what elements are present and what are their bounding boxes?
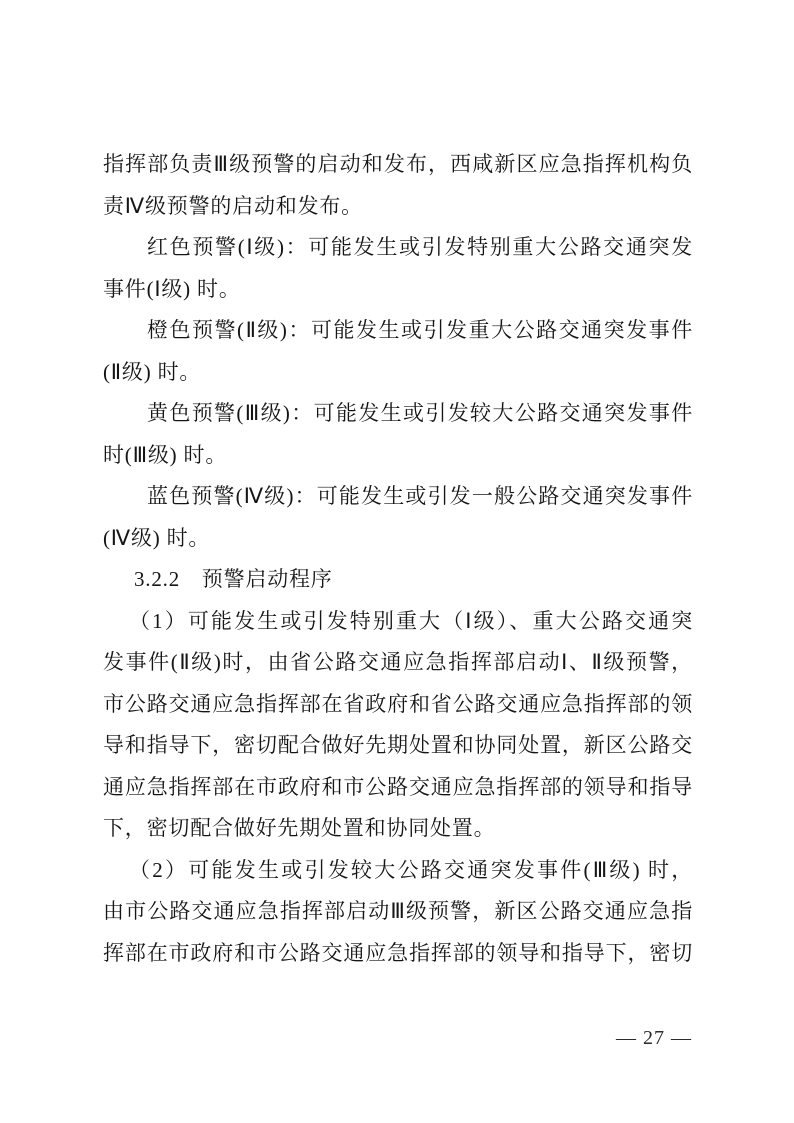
document-page: 指挥部负责Ⅲ级预警的启动和发布，西咸新区应急指挥机构负责Ⅳ级预警的启动和发布。红… [0, 0, 794, 1123]
text-line-15: 导和指导下，密切配合做好先期处置和协同处置，新区公路交 [103, 725, 693, 767]
text-line-19: 由市公路交通应急指挥部启动Ⅲ级预警，新区公路交通应急指 [103, 891, 693, 933]
text-line-11: 3.2.2 预警启动程序 [103, 559, 693, 601]
text-line-8: 时(Ⅲ级) 时。 [103, 435, 693, 477]
text-line-9: 蓝色预警(Ⅳ级)：可能发生或引发一般公路交通突发事件 [103, 476, 693, 518]
text-line-12: （1）可能发生或引发特别重大（Ⅰ级）、重大公路交通突 [103, 601, 693, 643]
text-line-16: 通应急指挥部在市政府和市公路交通应急指挥部的领导和指导 [103, 767, 693, 809]
text-line-18: （2）可能发生或引发较大公路交通突发事件(Ⅲ级) 时， [103, 850, 693, 892]
text-line-14: 市公路交通应急指挥部在省政府和省公路交通应急指挥部的领 [103, 684, 693, 726]
text-line-7: 黄色预警(Ⅲ级)：可能发生或引发较大公路交通突发事件 [103, 393, 693, 435]
text-line-20: 挥部在市政府和市公路交通应急指挥部的领导和指导下，密切 [103, 933, 693, 975]
page-footer: — 27 — [616, 1026, 692, 1050]
page-number: — 27 — [616, 1027, 692, 1049]
text-line-6: (Ⅱ级) 时。 [103, 352, 693, 394]
text-line-13: 发事件(Ⅱ级)时，由省公路交通应急指挥部启动Ⅰ、Ⅱ级预警， [103, 642, 693, 684]
text-line-3: 红色预警(Ⅰ级)：可能发生或引发特别重大公路交通突发 [103, 227, 693, 269]
text-line-1: 指挥部负责Ⅲ级预警的启动和发布，西咸新区应急指挥机构负 [103, 144, 693, 186]
text-line-10: (Ⅳ级) 时。 [103, 518, 693, 560]
text-line-5: 橙色预警(Ⅱ级)：可能发生或引发重大公路交通突发事件 [103, 310, 693, 352]
text-line-17: 下，密切配合做好先期处置和协同处置。 [103, 808, 693, 850]
text-line-2: 责Ⅳ级预警的启动和发布。 [103, 186, 693, 228]
document-body: 指挥部负责Ⅲ级预警的启动和发布，西咸新区应急指挥机构负责Ⅳ级预警的启动和发布。红… [103, 144, 693, 974]
text-line-4: 事件(Ⅰ级) 时。 [103, 269, 693, 311]
